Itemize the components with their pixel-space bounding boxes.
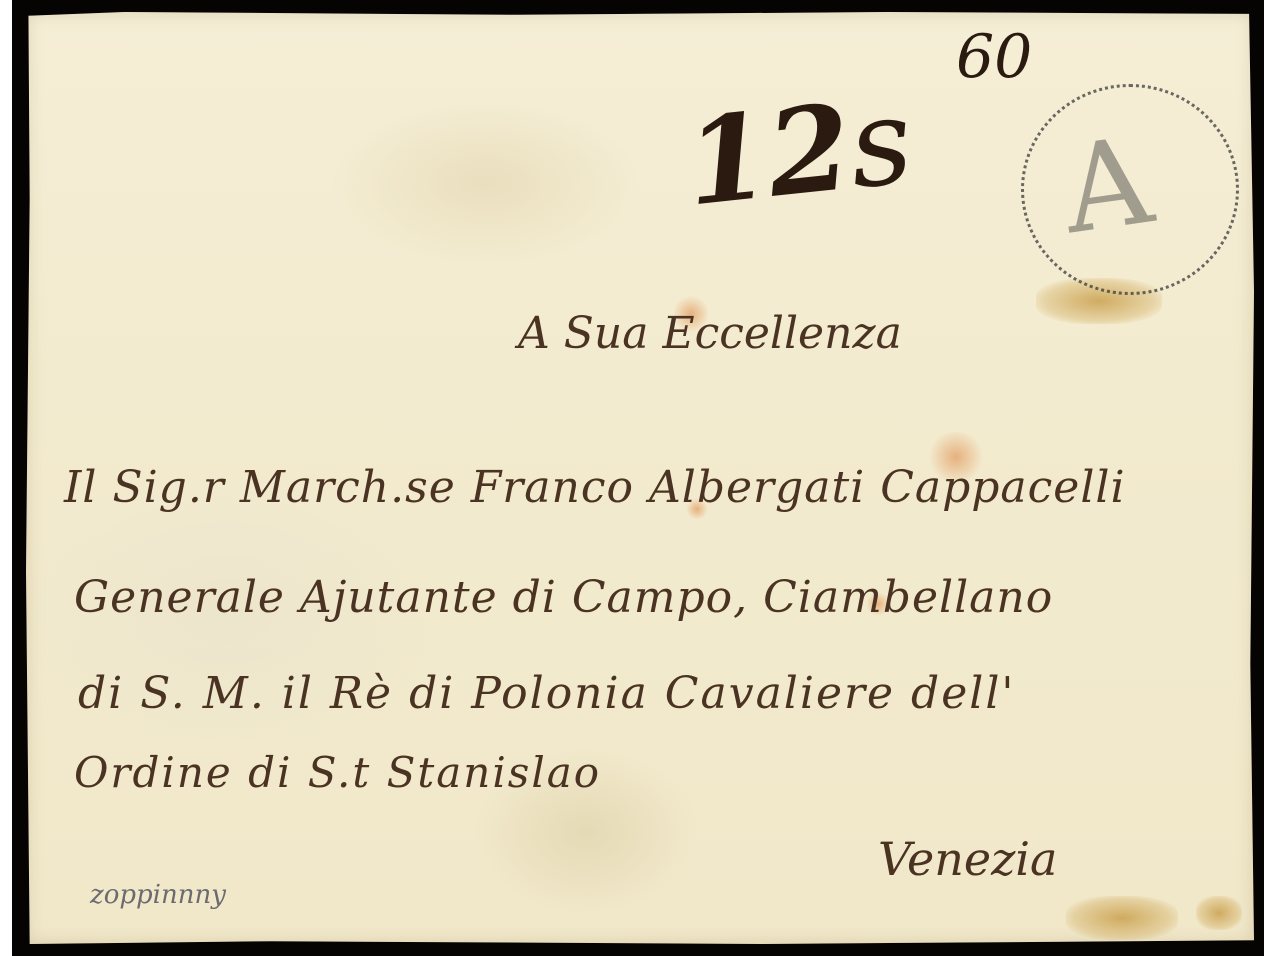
stain-mark <box>1066 896 1178 940</box>
rate-marking-60: 60 <box>956 22 1032 92</box>
letter-cover: 12s 60 A A Sua Eccellenza Il Sig.r March… <box>26 12 1254 944</box>
address-line-4: Ordine di S.t Stanislao <box>74 748 601 797</box>
destination-city: Venezia <box>878 832 1057 886</box>
handstamp-letter: A <box>1055 112 1160 262</box>
stain-mark <box>1196 896 1242 930</box>
address-line-1: Il Sig.r March.se Franco Albergati Cappa… <box>64 462 1126 513</box>
circular-handstamp: A <box>1021 84 1239 295</box>
salutation-line: A Sua Eccellenza <box>518 308 902 359</box>
rate-suffix: s <box>843 72 919 217</box>
address-line-3: di S. M. il Rè di Polonia Cavaliere dell… <box>78 668 1016 719</box>
rate-marking-12: 12s <box>679 71 918 234</box>
pencil-annotation: zoppinnny <box>90 880 226 910</box>
address-line-2: Generale Ajutante di Campo, Ciambellano <box>74 572 1053 623</box>
rate-value: 12 <box>679 77 857 232</box>
